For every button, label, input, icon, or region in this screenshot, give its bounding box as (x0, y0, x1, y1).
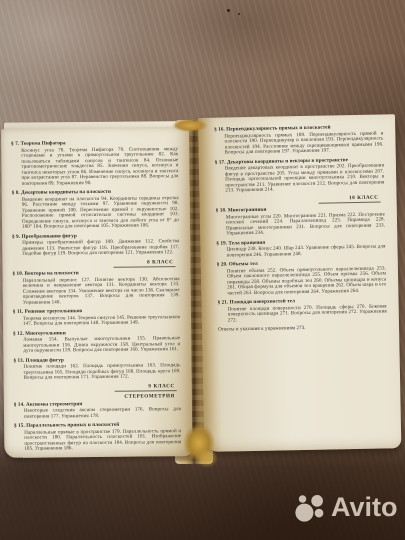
section-number: § 7. (11, 141, 19, 147)
section-number: § 11. (13, 309, 23, 315)
toc-section-16: § 16. Перпендикулярность прямых и плоско… (214, 124, 384, 156)
section-title: Преобразования фигур (22, 233, 77, 240)
toc-section-21: § 21. Площади поверхностей тел Понятие п… (218, 297, 387, 323)
glue-stain (172, 119, 208, 132)
right-page-toc: § 16. Перпендикулярность прямых и плоско… (214, 124, 387, 333)
section-title: Тела вращения (228, 239, 265, 246)
section-number: § 16. (214, 126, 225, 132)
section-number: § 21. (217, 299, 228, 305)
avito-wordmark: Avito (331, 494, 398, 521)
section-body: Параллельный перенос 127. Понятие вектор… (13, 277, 180, 306)
section-body: Понятие объема 252. Объем прямоугольного… (217, 266, 386, 297)
section-number: § 9. (12, 233, 20, 239)
section-body: Косинус угла 78. Теорема Пифагора 79. Со… (11, 147, 178, 187)
section-body: Параллельные прямые в пространстве 179. … (14, 429, 181, 453)
toc-section-18: § 18. Многогранники Многогранные углы 22… (216, 205, 386, 237)
section-title: Теорема Пифагора (21, 140, 66, 146)
divider (319, 202, 381, 204)
divider (113, 266, 175, 268)
section-title: Решение треугольников (25, 308, 83, 315)
section-title: Векторы на плоскости (25, 270, 79, 277)
section-body: Некоторые следствия аксиом стереометрии … (14, 407, 181, 420)
section-body: Понятие площади поверхности 270. Площадь… (218, 304, 387, 324)
toc-section-11: § 11. Решение треугольников Теорема коси… (13, 308, 180, 327)
section-title: Многогранники (228, 207, 267, 214)
section-body: Введение координат на плоскости 94. Коор… (12, 196, 179, 231)
section-title: Декартовы координаты на плоскости (21, 189, 111, 196)
toc-section-7: § 7. Теорема Пифагора Косинус угла 78. Т… (11, 140, 178, 187)
section-title: Многоугольники (25, 330, 66, 336)
divider (115, 390, 177, 392)
toc-section-15: § 15. Параллельность прямых и плоскостей… (14, 422, 181, 452)
toc-section-19: § 19. Тела вращения Цилиндр 238. Конус 2… (216, 238, 385, 259)
section-title: Перпендикулярность прямых и плоскостей (226, 124, 331, 132)
right-page: § 16. Перпендикулярность прямых и плоско… (198, 114, 401, 452)
toc-section-9: § 9. Преобразования фигур Примеры преобр… (12, 233, 179, 258)
background-speck (238, 13, 240, 15)
section-title: Аксиомы стереометрии (26, 401, 82, 408)
toc-section-13: § 13. Площади фигур Понятие площади 162.… (13, 357, 180, 382)
left-page-toc: § 7. Теорема Пифагора Косинус угла 78. Т… (11, 140, 181, 463)
section-title: Площади поверхностей тел (230, 298, 296, 305)
section-number: § 12. (13, 330, 24, 336)
section-number: § 13. (13, 357, 24, 363)
avito-watermark: Avito (295, 491, 398, 523)
toc-section-8: § 8. Декартовы координаты на плоскости В… (12, 189, 179, 230)
section-number: § 14. (14, 401, 25, 407)
section-number: § 8. (12, 190, 20, 196)
section-title: Параллельность прямых и плоскостей (26, 422, 119, 429)
background-speck (227, 9, 230, 12)
toc-section-20: § 20. Объемы тел Понятие объема 252. Объ… (217, 259, 387, 296)
section-title: Объемы тел (229, 261, 258, 268)
section-title: Площади фигур (25, 357, 64, 363)
section-body: Введение декартовых координат в простран… (215, 163, 384, 194)
section-body: Цилиндр 238. Конус 240. Шар 243. Уравнен… (216, 244, 385, 258)
section-number: § 15. (14, 423, 25, 429)
glue-stain (196, 448, 218, 468)
section-body: Ломаная 154. Выпуклые многоугольники 155… (13, 336, 180, 354)
toc-section-12: § 12. Многоугольники Ломаная 154. Выпукл… (13, 330, 180, 355)
section-body: Многогранные углы 220. Многогранник 221.… (216, 212, 385, 237)
toc-section-14: § 14. Аксиомы стереометрии Некоторые сле… (14, 401, 181, 420)
toc-section-10: § 10. Векторы на плоскости Параллельный … (13, 270, 180, 306)
section-number: § 17. (215, 159, 226, 165)
section-number: § 10. (12, 271, 23, 277)
section-number: § 19. (216, 240, 227, 246)
section-body: Перпендикулярность прямых 189. Перпендик… (214, 131, 383, 156)
section-number: § 20. (217, 261, 228, 267)
toc-section-17: § 17. Декартовы координаты и векторы в п… (215, 157, 385, 194)
section-number: § 18. (216, 207, 227, 213)
section-body: Примеры преобразований фигур 109. Движен… (12, 239, 179, 257)
answers-line: Ответы и указания к упражнениям 273. (218, 324, 387, 333)
avito-logo-icon (295, 491, 327, 523)
left-page: § 7. Теорема Пифагора Косинус угла 78. Т… (1, 127, 192, 458)
section-body: Теорема косинусов 144. Теорема синусов 1… (13, 315, 180, 328)
section-body: Понятие площади 162. Площадь прямоугольн… (13, 363, 180, 381)
